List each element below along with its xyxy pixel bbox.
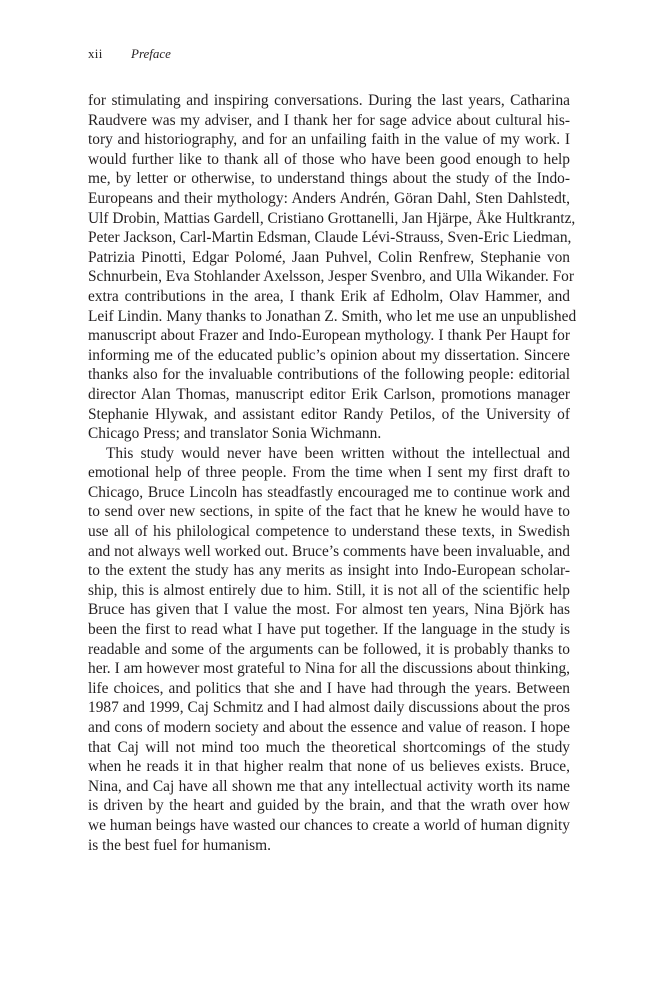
page-number: xii — [88, 46, 131, 62]
text-line: director Alan Thomas, manuscript editor … — [88, 385, 570, 405]
text-line: informing me of the educated public’s op… — [88, 346, 570, 366]
text-line: life choices, and politics that she and … — [88, 679, 570, 699]
text-line: This study would never have been written… — [88, 444, 570, 464]
text-line: for stimulating and inspiring conversati… — [88, 91, 570, 111]
text-line: Stephanie Hlywak, and assistant editor R… — [88, 405, 570, 425]
text-line: readable and some of the arguments can b… — [88, 640, 570, 660]
text-line: Nina, and Caj have all shown me that any… — [88, 777, 570, 797]
text-line: Patrizia Pinotti, Edgar Polomé, Jaan Puh… — [88, 248, 570, 268]
text-line: tory and historiography, and for an unfa… — [88, 130, 570, 150]
text-line: 1987 and 1999, Caj Schmitz and I had alm… — [88, 698, 570, 718]
text-line: is the best fuel for humanism. — [88, 836, 570, 856]
text-line: would further like to thank all of those… — [88, 150, 570, 170]
text-line: Bruce has given that I value the most. F… — [88, 600, 570, 620]
text-line: Raudvere was my adviser, and I thank her… — [88, 111, 570, 131]
paragraph-2: This study would never have been written… — [88, 444, 570, 855]
text-line: to the extent the study has any merits a… — [88, 561, 570, 581]
running-head: xiiPreface — [88, 46, 171, 62]
text-line: that Caj will not mind too much the theo… — [88, 738, 570, 758]
text-line: we human beings have wasted our chances … — [88, 816, 570, 836]
text-line: Schnurbein, Eva Stohlander Axelsson, Jes… — [88, 267, 570, 287]
text-line: Chicago Press; and translator Sonia Wich… — [88, 424, 570, 444]
text-line: Chicago, Bruce Lincoln has steadfastly e… — [88, 483, 570, 503]
text-line: and cons of modern society and about the… — [88, 718, 570, 738]
text-line: extra contributions in the area, I thank… — [88, 287, 570, 307]
text-line: her. I am however most grateful to Nina … — [88, 659, 570, 679]
text-line: Ulf Drobin, Mattias Gardell, Cristiano G… — [88, 209, 570, 229]
section-title: Preface — [131, 46, 171, 61]
text-line: thanks also for the invaluable contribut… — [88, 365, 570, 385]
text-line: use all of his philological competence t… — [88, 522, 570, 542]
text-line: been the first to read what I have put t… — [88, 620, 570, 640]
text-line: Peter Jackson, Carl-Martin Edsman, Claud… — [88, 228, 570, 248]
text-line: and not always well worked out. Bruce’s … — [88, 542, 570, 562]
text-line: to send over new sections, in spite of t… — [88, 502, 570, 522]
text-line: Leif Lindin. Many thanks to Jonathan Z. … — [88, 307, 570, 327]
paragraph-1: for stimulating and inspiring conversati… — [88, 91, 570, 444]
text-line: me, by letter or otherwise, to understan… — [88, 169, 570, 189]
text-line: emotional help of three people. From the… — [88, 463, 570, 483]
text-line: is driven by the heart and guided by the… — [88, 796, 570, 816]
text-line: ship, this is almost entirely due to him… — [88, 581, 570, 601]
text-line: Europeans and their mythology: Anders An… — [88, 189, 570, 209]
text-line: manuscript about Frazer and Indo-Europea… — [88, 326, 570, 346]
text-line: when he reads it in that higher realm th… — [88, 757, 570, 777]
body-text: for stimulating and inspiring conversati… — [88, 91, 570, 855]
